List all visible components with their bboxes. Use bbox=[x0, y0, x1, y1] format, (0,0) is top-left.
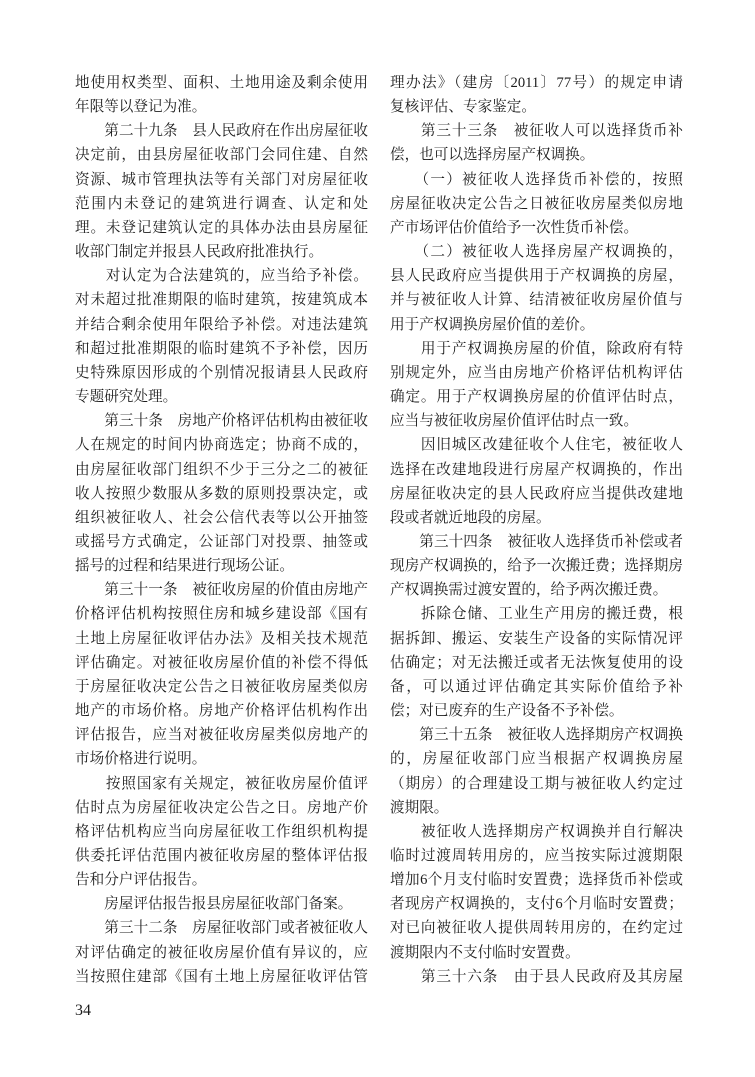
text-line: 并结合剩余使用年限给予补偿。对违法建筑 bbox=[75, 313, 368, 337]
text-line: 理办法》（建房〔2011〕77号）的规定申请 bbox=[390, 71, 683, 95]
text-line: 复核评估、专家鉴定。 bbox=[390, 95, 683, 119]
text-line: 别规定外，应当由房地产价格评估机构评估 bbox=[390, 361, 683, 385]
text-line: 决定前，由县房屋征收部门会同住建、自然 bbox=[75, 143, 368, 167]
text-line: 房屋征收决定的县人民政府应当提供改建地 bbox=[390, 482, 683, 506]
text-line: 应当与被征收房屋价值评估时点一致。 bbox=[390, 409, 683, 433]
text-line: 据拆卸、搬运、安装生产设备的实际情况评 bbox=[390, 627, 683, 651]
text-line: 对未超过批准期限的临时建筑，按建筑成本 bbox=[75, 288, 368, 312]
text-line: 评估确定。对被征收房屋价值的补偿不得低 bbox=[75, 651, 368, 675]
text-line: 价格评估机构按照住房和城乡建设部《国有 bbox=[75, 602, 368, 626]
text-line: 确定。用于产权调换房屋的价值评估时点， bbox=[390, 385, 683, 409]
text-line: 按照国家有关规定，被征收房屋价值评 bbox=[75, 772, 368, 796]
text-line: 渡期限。 bbox=[390, 796, 683, 820]
text-line: 者现房产权调换的，支付6个月临时安置费； bbox=[390, 892, 683, 916]
left-column: 地使用权类型、面积、土地用途及剩余使用年限等以登记为准。 第二十九条 县人民政府… bbox=[75, 71, 368, 989]
text-line: 专题研究处理。 bbox=[75, 385, 368, 409]
text-line: （一）被征收人选择货币补偿的，按照 bbox=[390, 168, 683, 192]
text-line: 和超过批准期限的临时建筑不予补偿，因历 bbox=[75, 337, 368, 361]
text-line: 市场价格进行说明。 bbox=[75, 747, 368, 771]
text-line: 第三十三条 被征收人可以选择货币补 bbox=[390, 119, 683, 143]
text-line: 对评估确定的被征收房屋价值有异议的，应 bbox=[75, 941, 368, 965]
text-line: 人在规定的时间内协商选定；协商不成的， bbox=[75, 433, 368, 457]
text-line: 临时过渡周转用房的，应当按实际过渡期限 bbox=[390, 844, 683, 868]
text-line: 资源、城市管理执法等有关部门对房屋征收 bbox=[75, 168, 368, 192]
text-line: 收部门制定并报县人民政府批准执行。 bbox=[75, 240, 368, 264]
text-line: 地产的市场价格。房地产价格评估机构作出 bbox=[75, 699, 368, 723]
text-line: 由房屋征收部门组织不少于三分之二的被征 bbox=[75, 458, 368, 482]
text-line: 估时点为房屋征收决定公告之日。房地产价 bbox=[75, 796, 368, 820]
text-line: 第三十六条 由于县人民政府及其房屋 bbox=[390, 965, 683, 989]
text-line: 格评估机构应当向房屋征收工作组织机构提 bbox=[75, 820, 368, 844]
text-line: 房屋评估报告报县房屋征收部门备案。 bbox=[75, 892, 368, 916]
text-line: 拆除仓储、工业生产用房的搬迁费，根 bbox=[390, 602, 683, 626]
text-line: 评估报告，应当对被征收房屋类似房地产的 bbox=[75, 723, 368, 747]
text-line: 第三十条 房地产价格评估机构由被征收 bbox=[75, 409, 368, 433]
text-line: 备，可以通过评估确定其实际价值给予补 bbox=[390, 675, 683, 699]
text-line: （二）被征收人选择房屋产权调换的， bbox=[390, 240, 683, 264]
right-column: 理办法》（建房〔2011〕77号）的规定申请复核评估、专家鉴定。 第三十三条 被… bbox=[390, 71, 683, 989]
text-line: 用于产权调换房屋的价值，除政府有特 bbox=[390, 337, 683, 361]
page-number: 34 bbox=[75, 999, 91, 1023]
text-line: 第三十五条 被征收人选择期房产权调换 bbox=[390, 723, 683, 747]
text-line: 选择在改建地段进行房屋产权调换的，作出 bbox=[390, 458, 683, 482]
text-line: 组织被征收人、社会公信代表等以公开抽签 bbox=[75, 506, 368, 530]
document-page: 地使用权类型、面积、土地用途及剩余使用年限等以登记为准。 第二十九条 县人民政府… bbox=[0, 0, 755, 1077]
text-line: 对已向被征收人提供周转用房的，在约定过 bbox=[390, 916, 683, 940]
text-line: 因旧城区改建征收个人住宅，被征收人 bbox=[390, 433, 683, 457]
text-line: 段或者就近地段的房屋。 bbox=[390, 506, 683, 530]
text-line: 第二十九条 县人民政府在作出房屋征收 bbox=[75, 119, 368, 143]
text-line: 用于产权调换房屋价值的差价。 bbox=[390, 313, 683, 337]
text-line: （期房）的合理建设工期与被征收人约定过 bbox=[390, 772, 683, 796]
text-line: 供委托评估范围内被征收房屋的整体评估报 bbox=[75, 844, 368, 868]
text-line: 房屋征收决定公告之日被征收房屋类似房地 bbox=[390, 192, 683, 216]
text-line: 告和分户评估报告。 bbox=[75, 868, 368, 892]
text-line: 年限等以登记为准。 bbox=[75, 95, 368, 119]
text-line: 收人按照少数服从多数的原则投票决定，或 bbox=[75, 482, 368, 506]
text-line: 当按照住建部《国有土地上房屋征收评估管 bbox=[75, 965, 368, 989]
text-line: 县人民政府应当提供用于产权调换的房屋， bbox=[390, 264, 683, 288]
text-line: 增加6个月支付临时安置费；选择货币补偿或 bbox=[390, 868, 683, 892]
text-line: 理。未登记建筑认定的具体办法由县房屋征 bbox=[75, 216, 368, 240]
text-line: 偿；对已废弃的生产设备不予补偿。 bbox=[390, 699, 683, 723]
text-line: 地使用权类型、面积、土地用途及剩余使用 bbox=[75, 71, 368, 95]
text-line: 第三十四条 被征收人选择货币补偿或者 bbox=[390, 530, 683, 554]
text-line: 第三十二条 房屋征收部门或者被征收人 bbox=[75, 916, 368, 940]
text-line: 范围内未登记的建筑进行调查、认定和处 bbox=[75, 192, 368, 216]
text-line: 对认定为合法建筑的，应当给予补偿。 bbox=[75, 264, 368, 288]
two-column-text-area: 地使用权类型、面积、土地用途及剩余使用年限等以登记为准。 第二十九条 县人民政府… bbox=[75, 71, 683, 989]
text-line: 土地上房屋征收评估办法》及相关技术规范 bbox=[75, 627, 368, 651]
text-line: 史特殊原因形成的个别情况报请县人民政府 bbox=[75, 361, 368, 385]
text-line: 估确定；对无法搬迁或者无法恢复使用的设 bbox=[390, 651, 683, 675]
text-line: 于房屋征收决定公告之日被征收房屋类似房 bbox=[75, 675, 368, 699]
text-line: 产权调换需过渡安置的，给予两次搬迁费。 bbox=[390, 578, 683, 602]
text-line: 偿，也可以选择房屋产权调换。 bbox=[390, 143, 683, 167]
text-line: 渡期限内不支付临时安置费。 bbox=[390, 941, 683, 965]
text-line: 并与被征收人计算、结清被征收房屋价值与 bbox=[390, 288, 683, 312]
text-line: 产市场评估价值给予一次性货币补偿。 bbox=[390, 216, 683, 240]
text-line: 第三十一条 被征收房屋的价值由房地产 bbox=[75, 578, 368, 602]
text-line: 现房产权调换的，给予一次搬迁费；选择期房 bbox=[390, 554, 683, 578]
text-line: 或摇号方式确定，公证部门对投票、抽签或 bbox=[75, 530, 368, 554]
text-line: 摇号的过程和结果进行现场公证。 bbox=[75, 554, 368, 578]
text-line: 的，房屋征收部门应当根据产权调换房屋 bbox=[390, 747, 683, 771]
text-line: 被征收人选择期房产权调换并自行解决 bbox=[390, 820, 683, 844]
